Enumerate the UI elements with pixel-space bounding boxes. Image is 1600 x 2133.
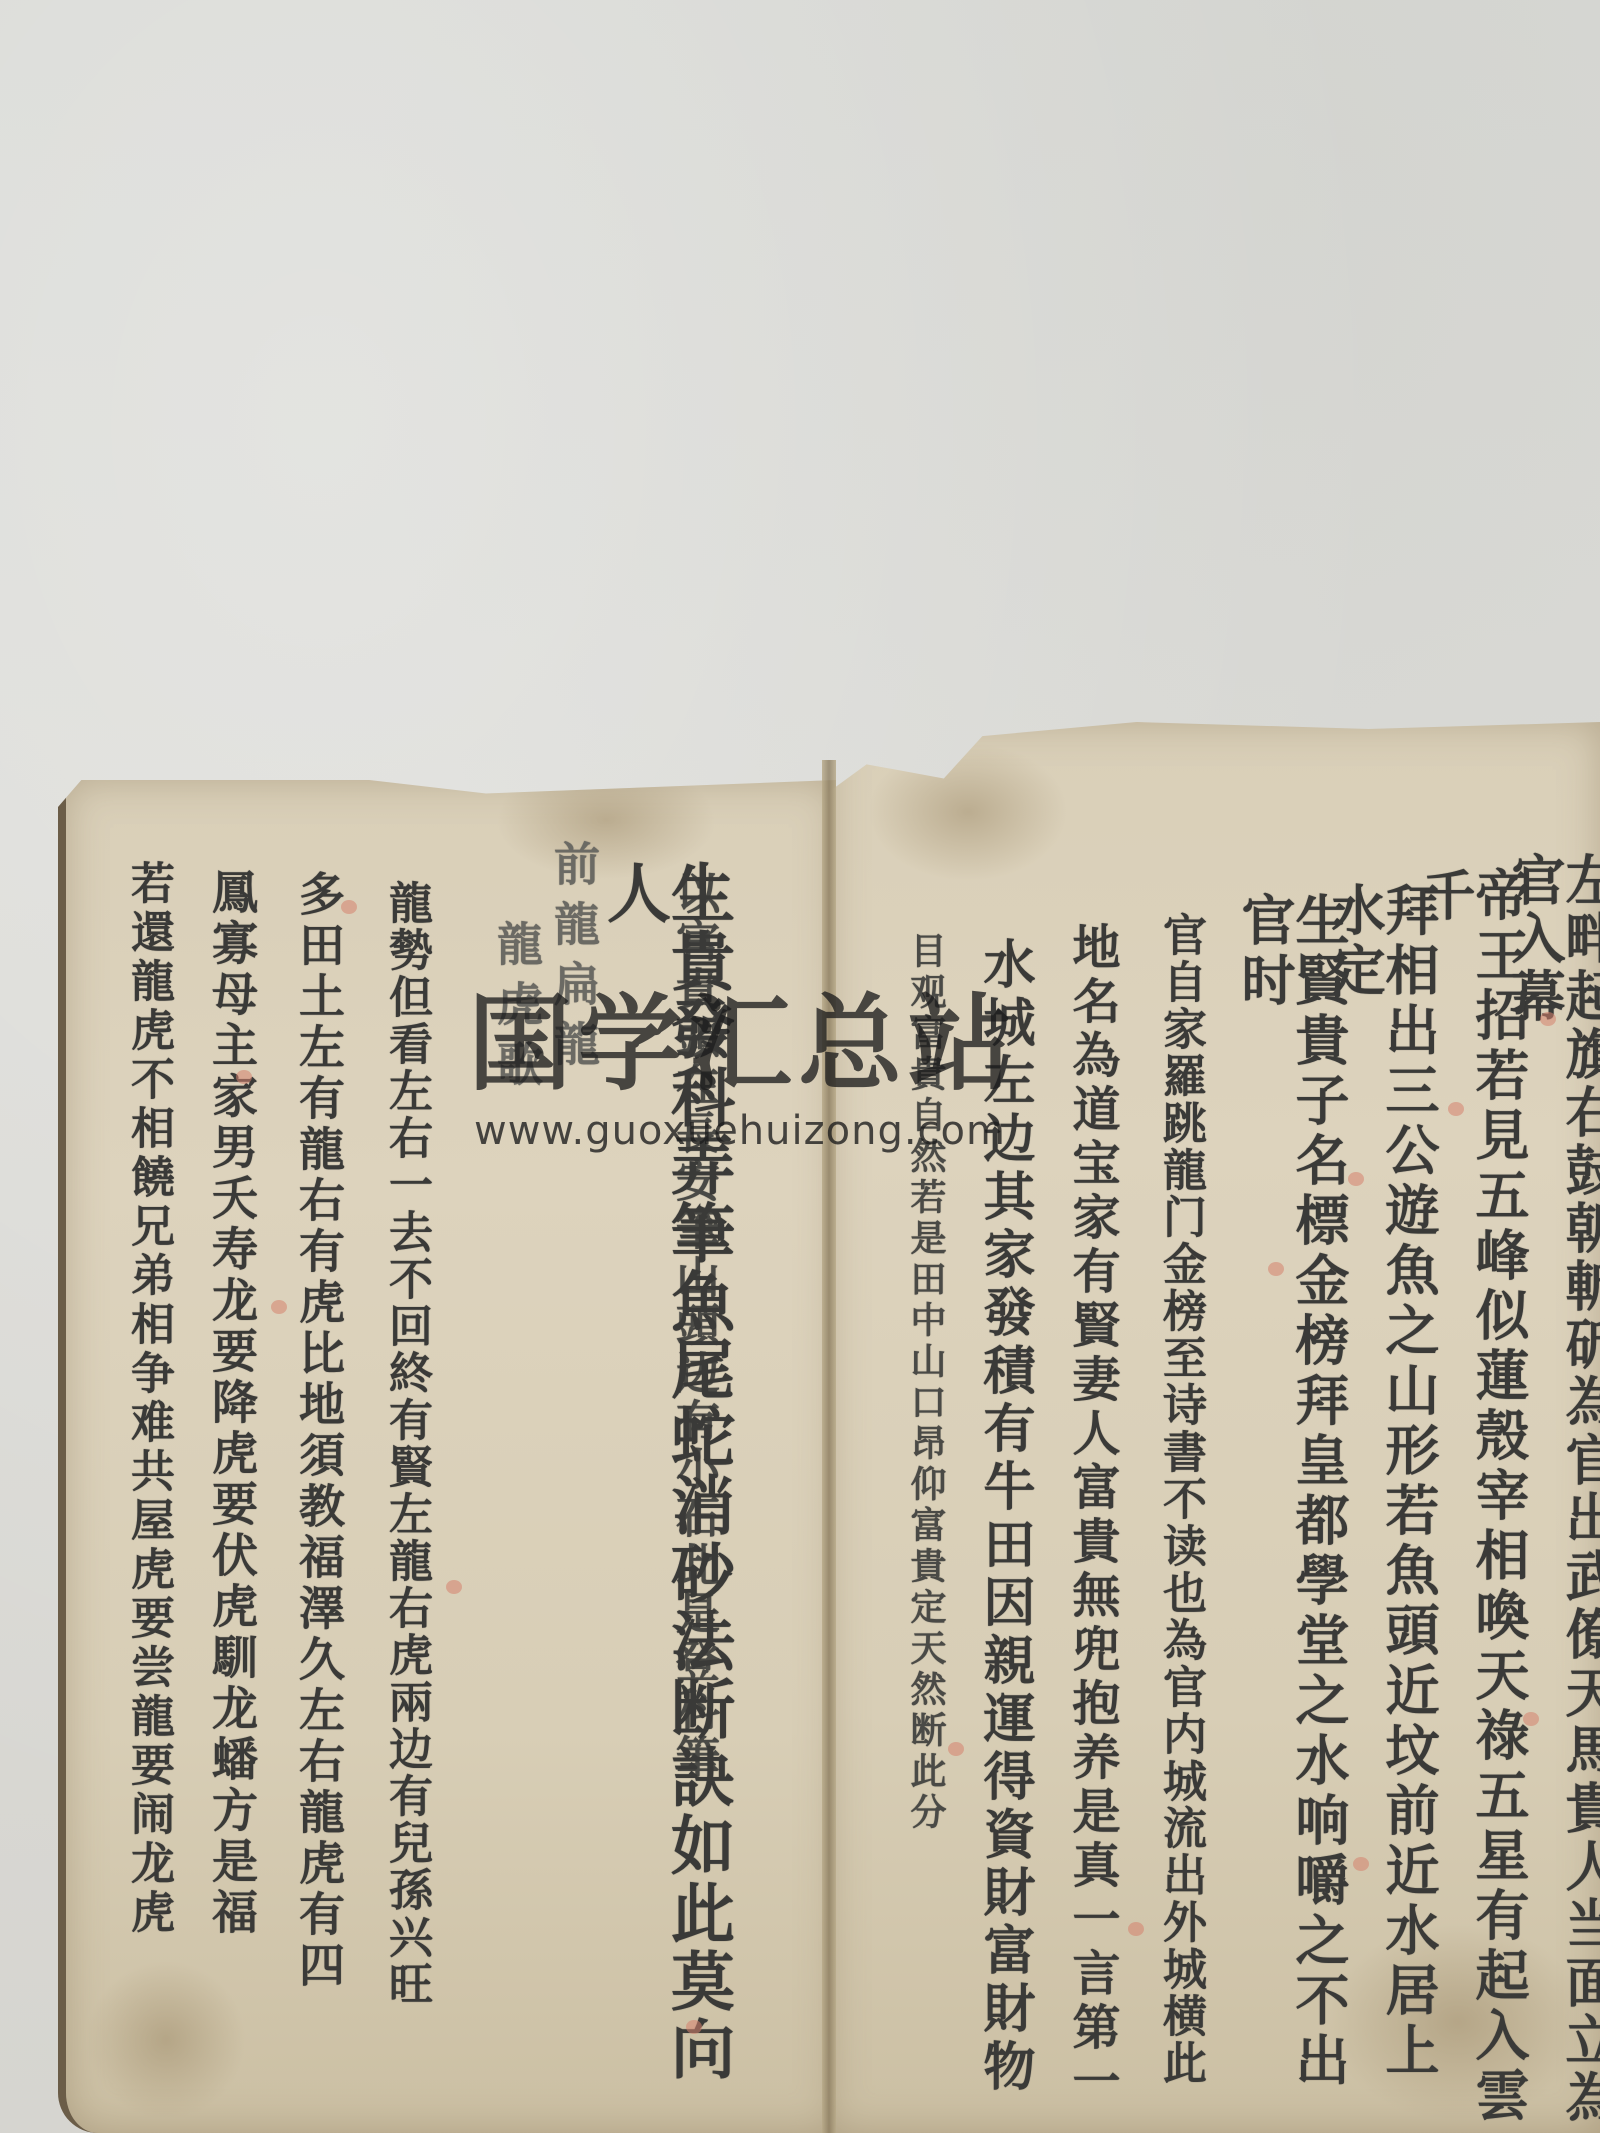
text-column: 若還龍虎不相饒兄弟相争难共屋虎要尝龍要闹龙虎 [126,860,170,1938]
text-column: 龍勢但看左右一去不回終有賢左龍右虎兩边有兒孫兴旺 [384,880,428,2008]
text-column: 地名為道宝家有賢妻人富貴無兜抱养是真一言第一 [1068,922,1116,2110]
red-punctuation-dot [1353,1857,1369,1871]
water-stain [868,742,1068,882]
red-punctuation-dot [446,1580,462,1594]
text-column: 多田土左有龍右有虎比地須教福澤久左右龍虎有四 [296,870,342,1992]
red-punctuation-dot [1348,1172,1364,1186]
water-stain [86,1960,246,2120]
left-page: 以官貴頭在長安筆山頭边有小石此是登科筆 生貴發科弄筆魚尾蛇消砂法断訣如此莫向人 … [58,780,836,2133]
right-page: 左畔起旗右鼓朝斬斫為官出武僚天馬貴人当面立為官入幕 帝王招若見五峰似蓮殼宰相喚天… [828,722,1600,2133]
red-punctuation-dot [948,1742,964,1756]
red-punctuation-dot [236,1070,252,1084]
red-punctuation-dot [1523,1712,1539,1726]
red-punctuation-dot [1128,1922,1144,1936]
text-column: 水城左边其家發積有牛田因親運得資財富財物 [978,937,1030,2097]
text-column: 生貴發科弄筆魚尾蛇消砂法断訣如此莫向人 [601,860,729,2133]
book-spine-fold [822,760,836,2133]
text-column: 鳳寡母主家男夭寿龙要降虎要伏虎馴龙蟠方是福 [209,868,255,1939]
red-punctuation-dot [1448,1102,1464,1116]
text-column: 生賢貴子名標金榜拜皇都學堂之水响嚼之不出官时 [1238,892,1346,2133]
text-column: 目观富貴自然若是田中山口昂仰富貴定天然断此分 [908,932,944,1834]
red-punctuation-dot [1268,1262,1284,1276]
section-title: 龍虎歌 [494,920,540,1100]
red-punctuation-dot [686,2020,702,2034]
section-heading: 前龍扁龍 [551,840,597,1080]
open-manuscript-book: 以官貴頭在長安筆山頭边有小石此是登科筆 生貴發科弄筆魚尾蛇消砂法断訣如此莫向人 … [58,700,1600,2133]
red-punctuation-dot [271,1300,287,1314]
red-punctuation-dot [341,900,357,914]
red-punctuation-dot [1540,1012,1556,1026]
text-column: 官自家羅跳龍门金榜至诗書不读也為官内城流出外城横此 [1158,912,1202,2087]
